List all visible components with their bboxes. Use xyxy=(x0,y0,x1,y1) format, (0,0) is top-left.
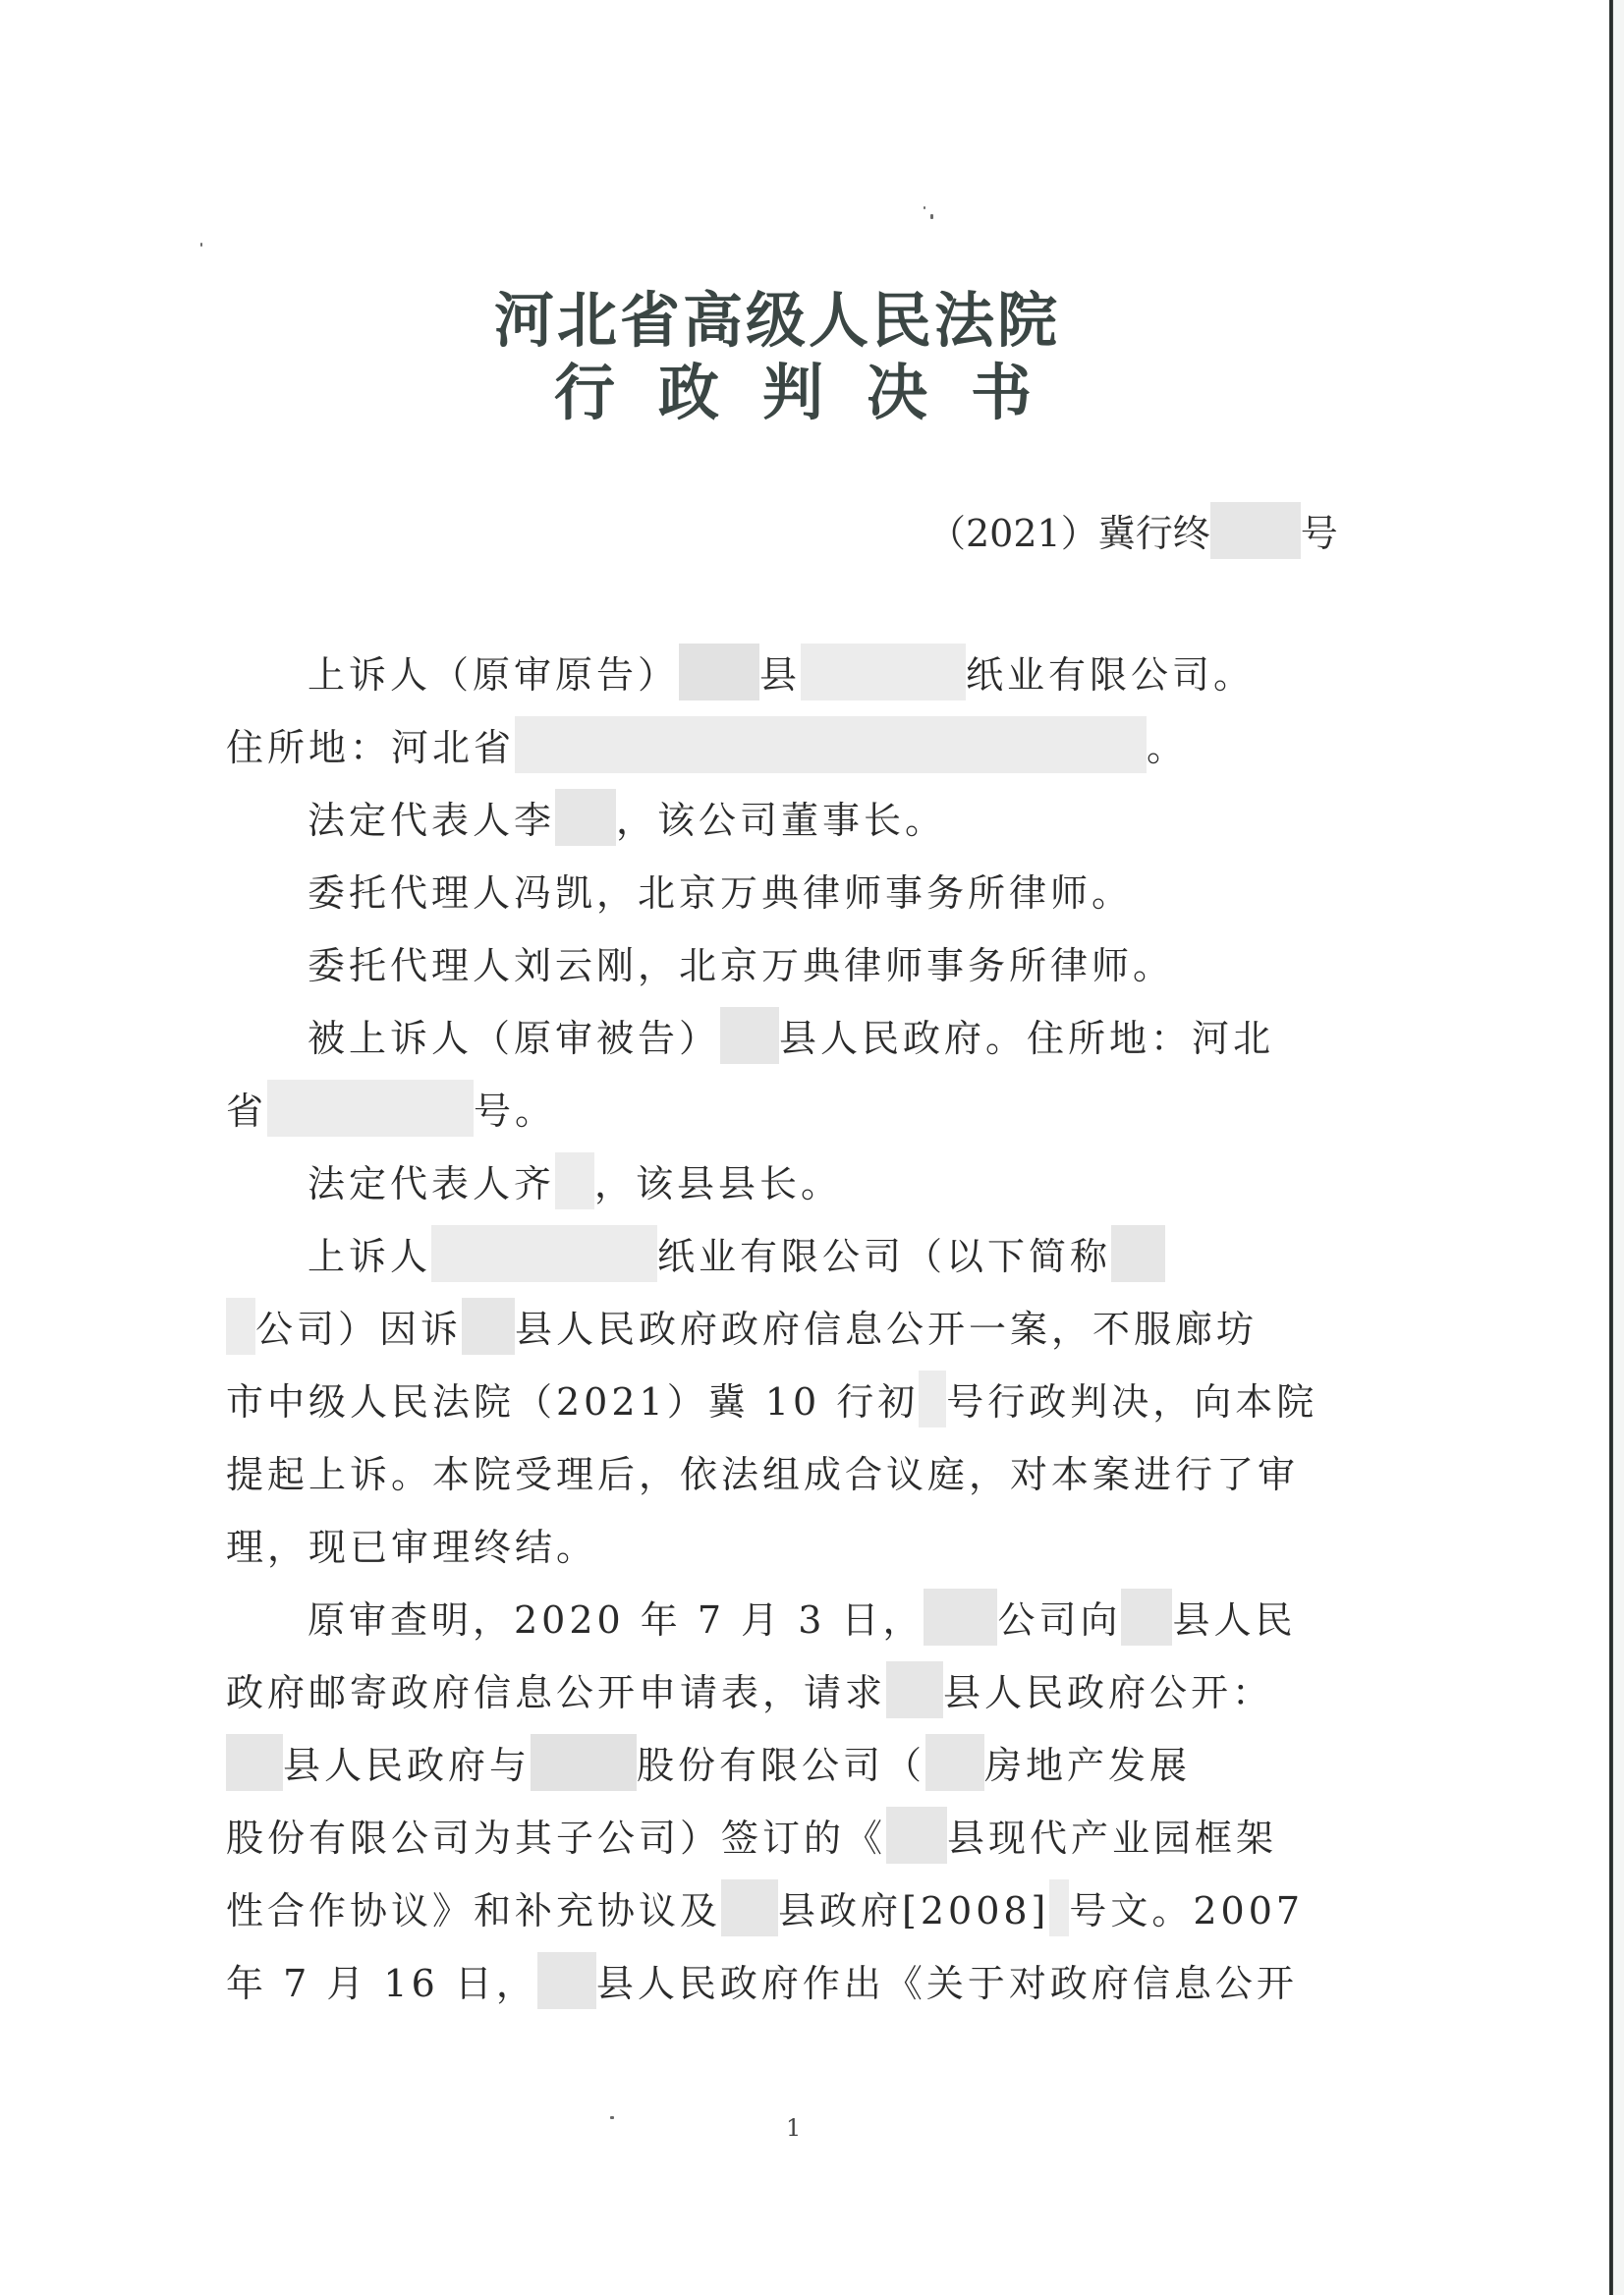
case-number: （2021）冀行终号 xyxy=(928,503,1338,562)
line-findings-5: 性合作协议》和补充协议及县政府[2008]号文。2007 xyxy=(226,1888,1304,1939)
line-appellee-rep: 法定代表人齐，该县县长。 xyxy=(308,1161,842,1212)
text-span: 股份有限公司为其子公司）签订的《 xyxy=(226,1817,886,1860)
redaction-block xyxy=(1049,1879,1069,1936)
text-span: 理，现已审理终结。 xyxy=(226,1526,597,1569)
text-span: 县人民政府公开： xyxy=(943,1671,1273,1714)
text-span: 房地产发展 xyxy=(984,1744,1191,1787)
scan-speck xyxy=(610,2116,614,2119)
text-span: 法定代表人齐 xyxy=(308,1162,555,1205)
line-appellant-address: 住所地：河北省。 xyxy=(226,725,1188,776)
line-appellee-address: 省号。 xyxy=(226,1089,556,1140)
redaction-block xyxy=(1111,1225,1165,1282)
text-span: 纸业有限公司。 xyxy=(966,653,1255,697)
text-span: 上诉人 xyxy=(308,1235,431,1278)
redaction-block xyxy=(679,644,759,700)
redaction-block xyxy=(886,1807,947,1864)
text-span: 股份有限公司（ xyxy=(637,1744,925,1787)
redaction-block xyxy=(462,1298,515,1355)
text-span: 县政府[2008] xyxy=(778,1889,1049,1932)
text-span: ，该公司董事长。 xyxy=(616,799,946,842)
text-span: 县 xyxy=(759,653,801,697)
text-span: 市中级人民法院（2021）冀 10 行初 xyxy=(226,1380,919,1424)
text-span: 号行政判决，向本院 xyxy=(946,1380,1317,1424)
text-span: 公司）因诉 xyxy=(255,1308,462,1351)
redaction-block xyxy=(1210,502,1301,559)
line-legal-rep: 法定代表人李，该公司董事长。 xyxy=(308,798,946,849)
text-span: 公司向 xyxy=(997,1598,1121,1642)
line-findings-4: 股份有限公司为其子公司）签订的《县现代产业园框架 xyxy=(226,1816,1277,1867)
text-span: 被上诉人（原审被告） xyxy=(308,1017,720,1060)
redaction-block xyxy=(1121,1589,1172,1646)
text-span: 性合作协议》和补充协议及 xyxy=(226,1889,721,1932)
text-span: 县人民 xyxy=(1172,1598,1296,1642)
text-span: 号文。2007 xyxy=(1069,1889,1304,1932)
redaction-block xyxy=(226,1298,255,1355)
redaction-block xyxy=(431,1225,657,1282)
line-findings-3: 县人民政府与股份有限公司（房地产发展 xyxy=(226,1743,1191,1794)
text-span: 法定代表人李 xyxy=(308,799,555,842)
redaction-block xyxy=(531,1734,637,1791)
text-span: 县人民政府作出《关于对政府信息公开 xyxy=(596,1962,1298,2005)
line-agent-liu: 委托代理人刘云刚，北京万典律师事务所律师。 xyxy=(308,943,1174,988)
document-type-heading: 行政判决书 xyxy=(0,344,1586,431)
scan-edge-margin xyxy=(1613,0,1624,2295)
document-page: 河北省高级人民法院 行政判决书 （2021）冀行终号 上诉人（原审原告）县纸业有… xyxy=(0,0,1624,2295)
text-span: 县人民政府。住所地：河北 xyxy=(779,1017,1274,1060)
line-case-intro-5: 理，现已审理终结。 xyxy=(226,1525,597,1570)
text-span: 。 xyxy=(1147,726,1188,769)
redaction-block xyxy=(801,644,966,700)
paragraph-case-intro: 上诉人纸业有限公司（以下简称 xyxy=(308,1234,1165,1285)
line-agent-feng: 委托代理人冯凯，北京万典律师事务所律师。 xyxy=(308,870,1133,916)
text-span: 年 7 月 16 日， xyxy=(226,1962,537,2005)
text-span: 提起上诉。本院受理后，依法组成合议庭，对本案进行了审 xyxy=(226,1453,1299,1496)
text-span: 住所地：河北省 xyxy=(226,726,515,769)
redaction-block xyxy=(226,1734,283,1791)
case-number-suffix: 号 xyxy=(1301,512,1338,555)
text-span: 县人民政府政府信息公开一案，不服廊坊 xyxy=(515,1308,1258,1351)
redaction-block xyxy=(267,1080,474,1137)
scan-speck xyxy=(930,214,933,219)
redaction-block xyxy=(555,789,616,846)
line-case-intro-3: 市中级人民法院（2021）冀 10 行初号行政判决，向本院 xyxy=(226,1379,1317,1430)
text-span: 县人民政府与 xyxy=(283,1744,531,1787)
text-span: 号。 xyxy=(474,1090,556,1133)
redaction-block xyxy=(537,1952,596,2009)
redaction-block xyxy=(886,1661,943,1718)
text-span: 政府邮寄政府信息公开申请表，请求 xyxy=(226,1671,886,1714)
text-span: 县现代产业园框架 xyxy=(947,1817,1277,1860)
paragraph-appellee: 被上诉人（原审被告）县人民政府。住所地：河北 xyxy=(308,1016,1274,1067)
line-case-intro-2: 公司）因诉县人民政府政府信息公开一案，不服廊坊 xyxy=(226,1307,1258,1358)
paragraph-findings: 原审查明，2020 年 7 月 3 日，公司向县人民 xyxy=(308,1597,1297,1649)
page-number: 1 xyxy=(786,2114,801,2142)
redaction-block xyxy=(721,1879,778,1936)
text-span: ，该县县长。 xyxy=(594,1162,842,1205)
scan-speck xyxy=(200,243,202,247)
line-findings-6: 年 7 月 16 日，县人民政府作出《关于对政府信息公开 xyxy=(226,1961,1298,2012)
text-span: 省 xyxy=(226,1090,267,1133)
paragraph-appellant: 上诉人（原审原告）县纸业有限公司。 xyxy=(308,652,1255,703)
text-span: 委托代理人刘云刚，北京万典律师事务所律师。 xyxy=(308,944,1174,987)
redaction-block xyxy=(925,1734,984,1791)
text-span: 委托代理人冯凯，北京万典律师事务所律师。 xyxy=(308,871,1133,915)
line-findings-2: 政府邮寄政府信息公开申请表，请求县人民政府公开： xyxy=(226,1670,1273,1721)
redaction-block xyxy=(720,1007,779,1064)
redaction-block xyxy=(515,716,1147,773)
text-span: 原审查明，2020 年 7 月 3 日， xyxy=(308,1598,924,1642)
line-case-intro-4: 提起上诉。本院受理后，依法组成合议庭，对本案进行了审 xyxy=(226,1452,1299,1497)
redaction-block xyxy=(919,1371,946,1427)
redaction-block xyxy=(555,1152,594,1209)
case-number-prefix: （2021）冀行终 xyxy=(928,512,1210,555)
text-span: 纸业有限公司（以下简称 xyxy=(657,1235,1111,1278)
text-span: 上诉人（原审原告） xyxy=(308,653,679,697)
scan-speck xyxy=(924,206,925,209)
redaction-block xyxy=(924,1589,997,1646)
